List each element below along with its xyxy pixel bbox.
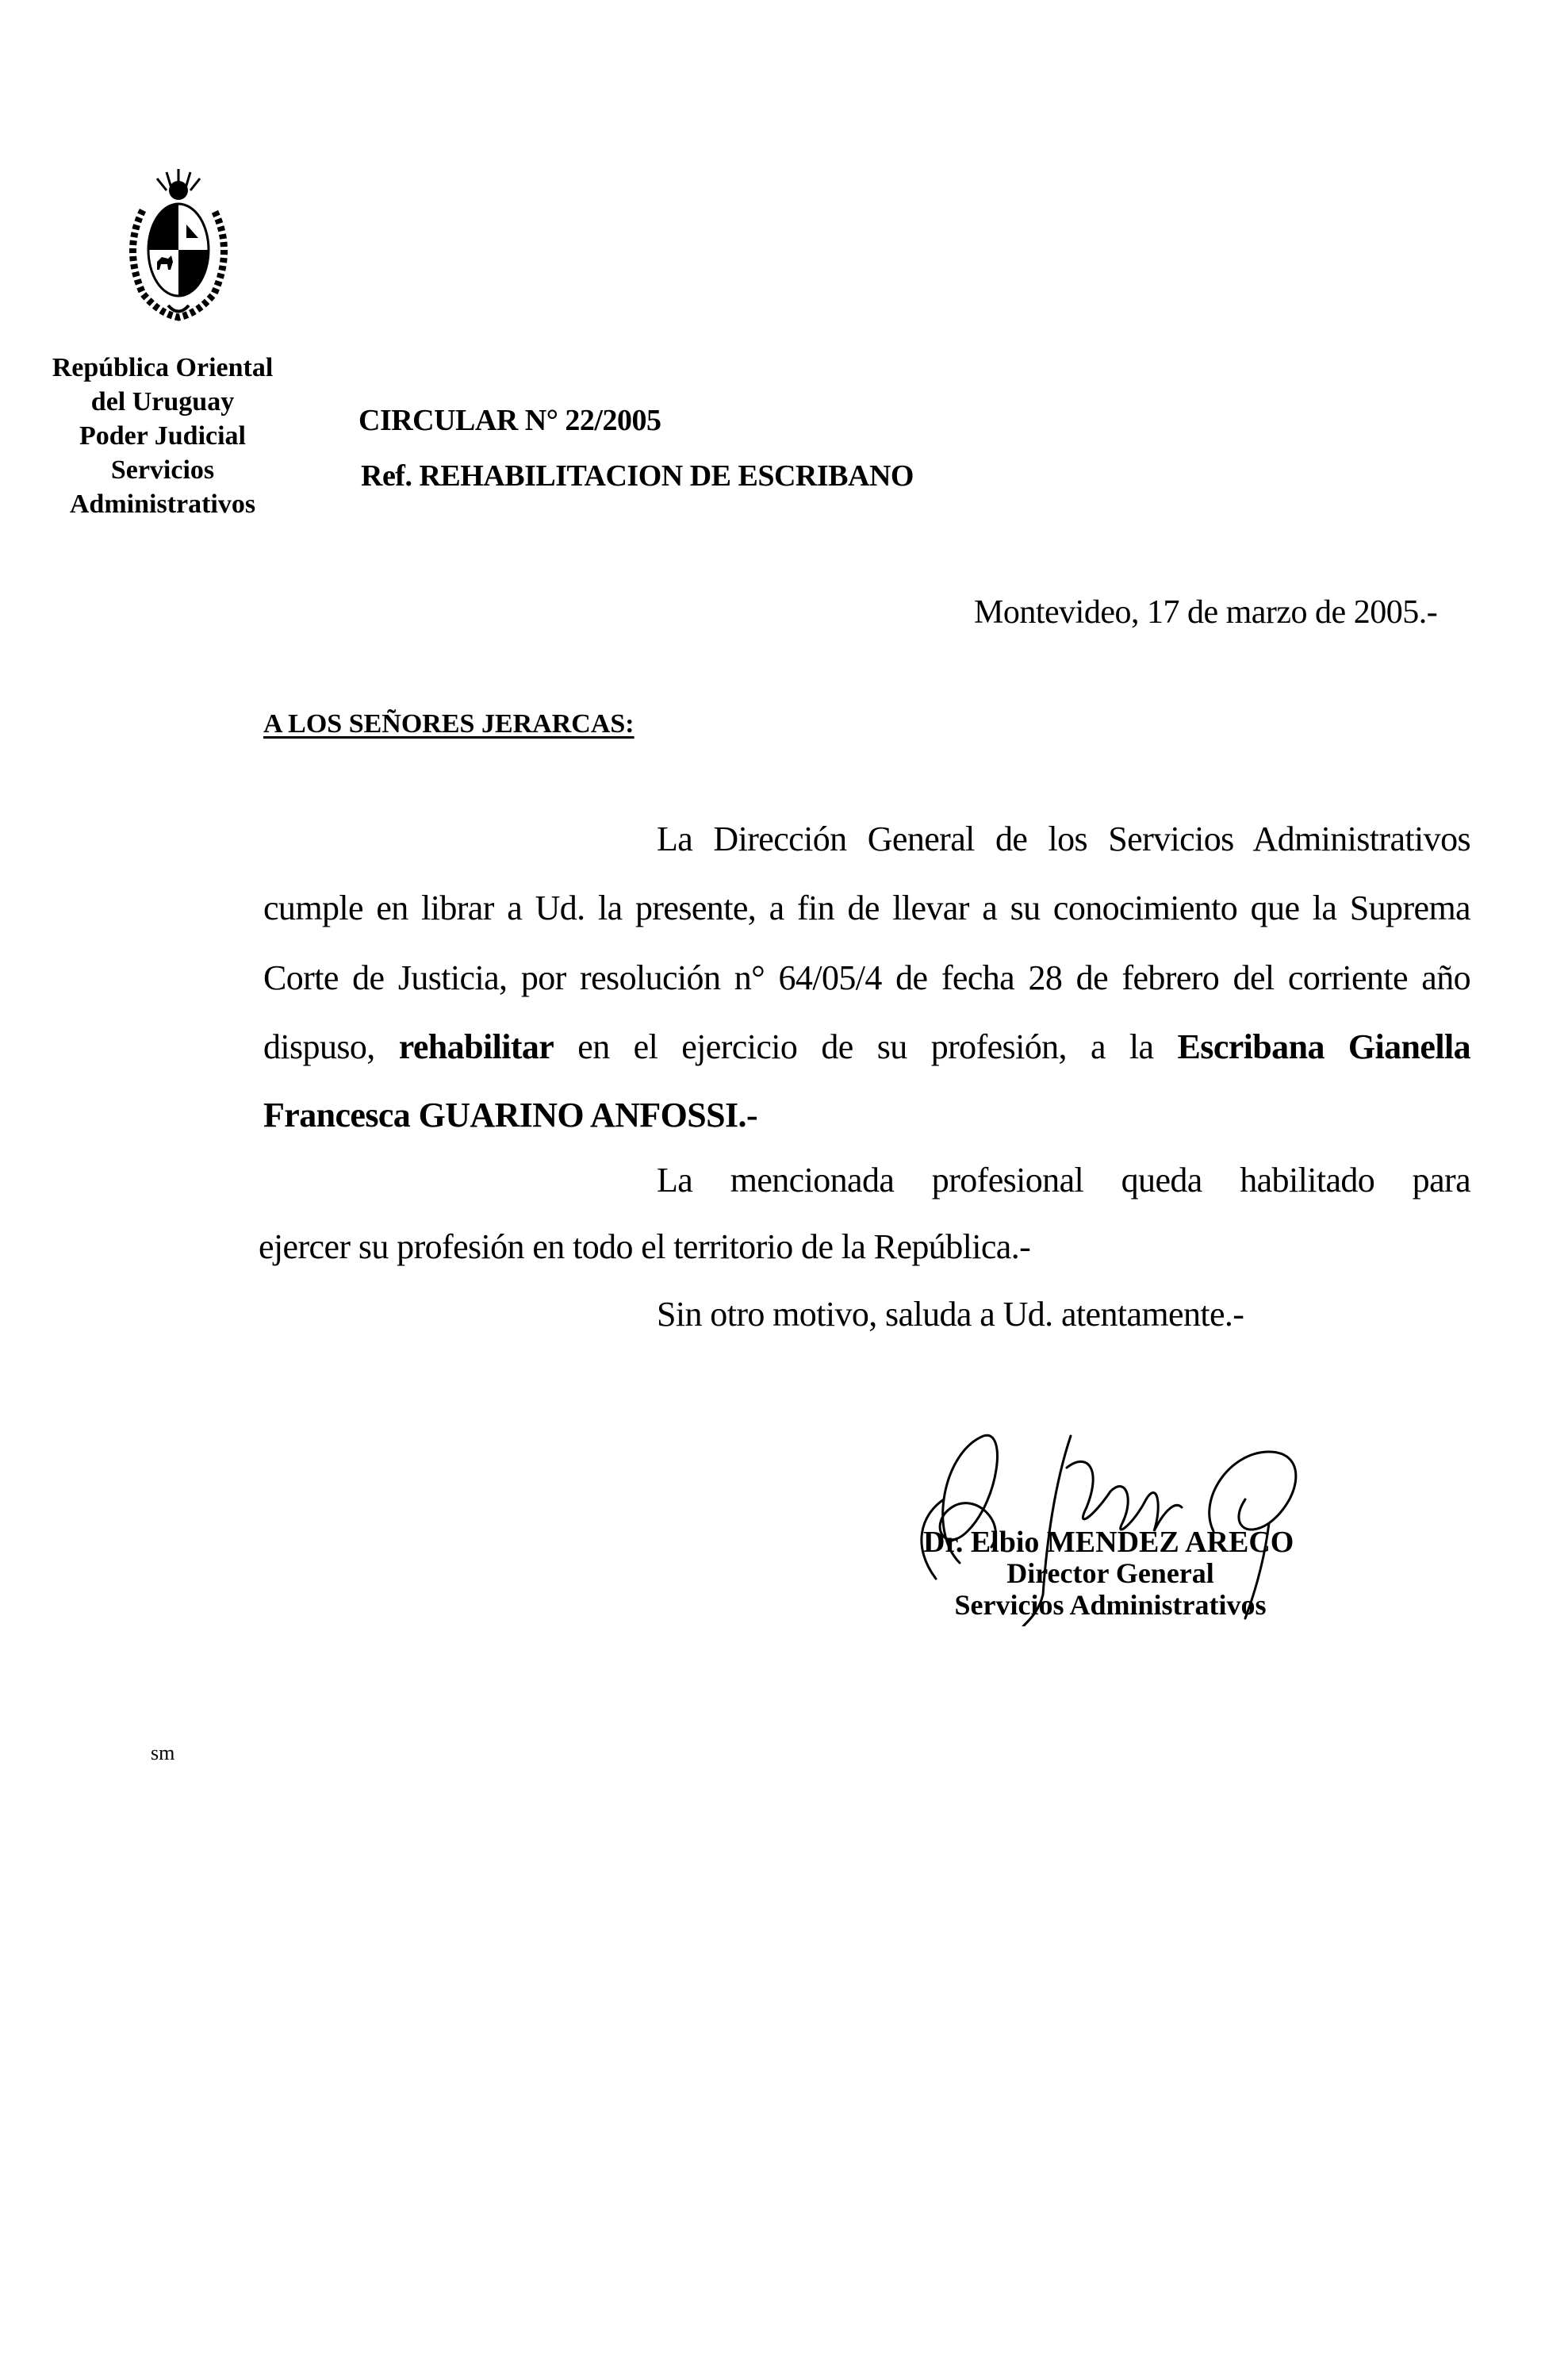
body-line-2: cumple en librar a Ud. la presente, a fi…: [263, 888, 1470, 928]
body-line-4: dispuso, rehabilitar en el ejercicio de …: [263, 1027, 1470, 1067]
circular-number: CIRCULAR N° 22/2005: [358, 403, 661, 438]
body-line-1: La Dirección General de los Servicios Ad…: [657, 819, 1470, 859]
body-emphasis-escribana: Escribana Gianella: [1178, 1027, 1470, 1066]
org-line-dept: Servicios: [32, 453, 293, 487]
body-line-7: ejercer su profesión en todo el territor…: [259, 1226, 1030, 1267]
signatory-department: Servicios Administrativos: [904, 1588, 1317, 1622]
organization-name: República Oriental del Uruguay Poder Jud…: [32, 351, 293, 521]
body-line-3: Corte de Justicia, por resolución n° 64/…: [263, 958, 1470, 998]
org-line-country-2: del Uruguay: [32, 385, 293, 419]
body-emphasis-rehabilitar: rehabilitar: [399, 1027, 554, 1066]
org-line-dept-2: Administrativos: [32, 487, 293, 521]
signatory-name: Dr. Elbio MENDEZ ARECO: [923, 1525, 1294, 1560]
date-line: Montevideo, 17 de marzo de 2005.-: [974, 593, 1437, 631]
org-line-country: República Oriental: [32, 351, 293, 385]
closing-line: Sin otro motivo, saluda a Ud. atentament…: [657, 1294, 1244, 1334]
body-line-5-person-name: Francesca GUARINO ANFOSSI.-: [263, 1095, 757, 1135]
body-text: dispuso,: [263, 1027, 375, 1066]
typist-initials: sm: [151, 1741, 174, 1765]
circular-reference: Ref. REHABILITACION DE ESCRIBANO: [361, 459, 914, 493]
body-line-6: La mencionada profesional queda habilita…: [657, 1160, 1470, 1200]
coat-of-arms-icon: [119, 163, 238, 321]
salutation: A LOS SEÑORES JERARCAS:: [263, 709, 634, 739]
org-line-branch: Poder Judicial: [32, 419, 293, 453]
signatory-title: Director General: [936, 1557, 1285, 1590]
body-text: en el ejercicio de su profesión, a la: [577, 1027, 1153, 1066]
